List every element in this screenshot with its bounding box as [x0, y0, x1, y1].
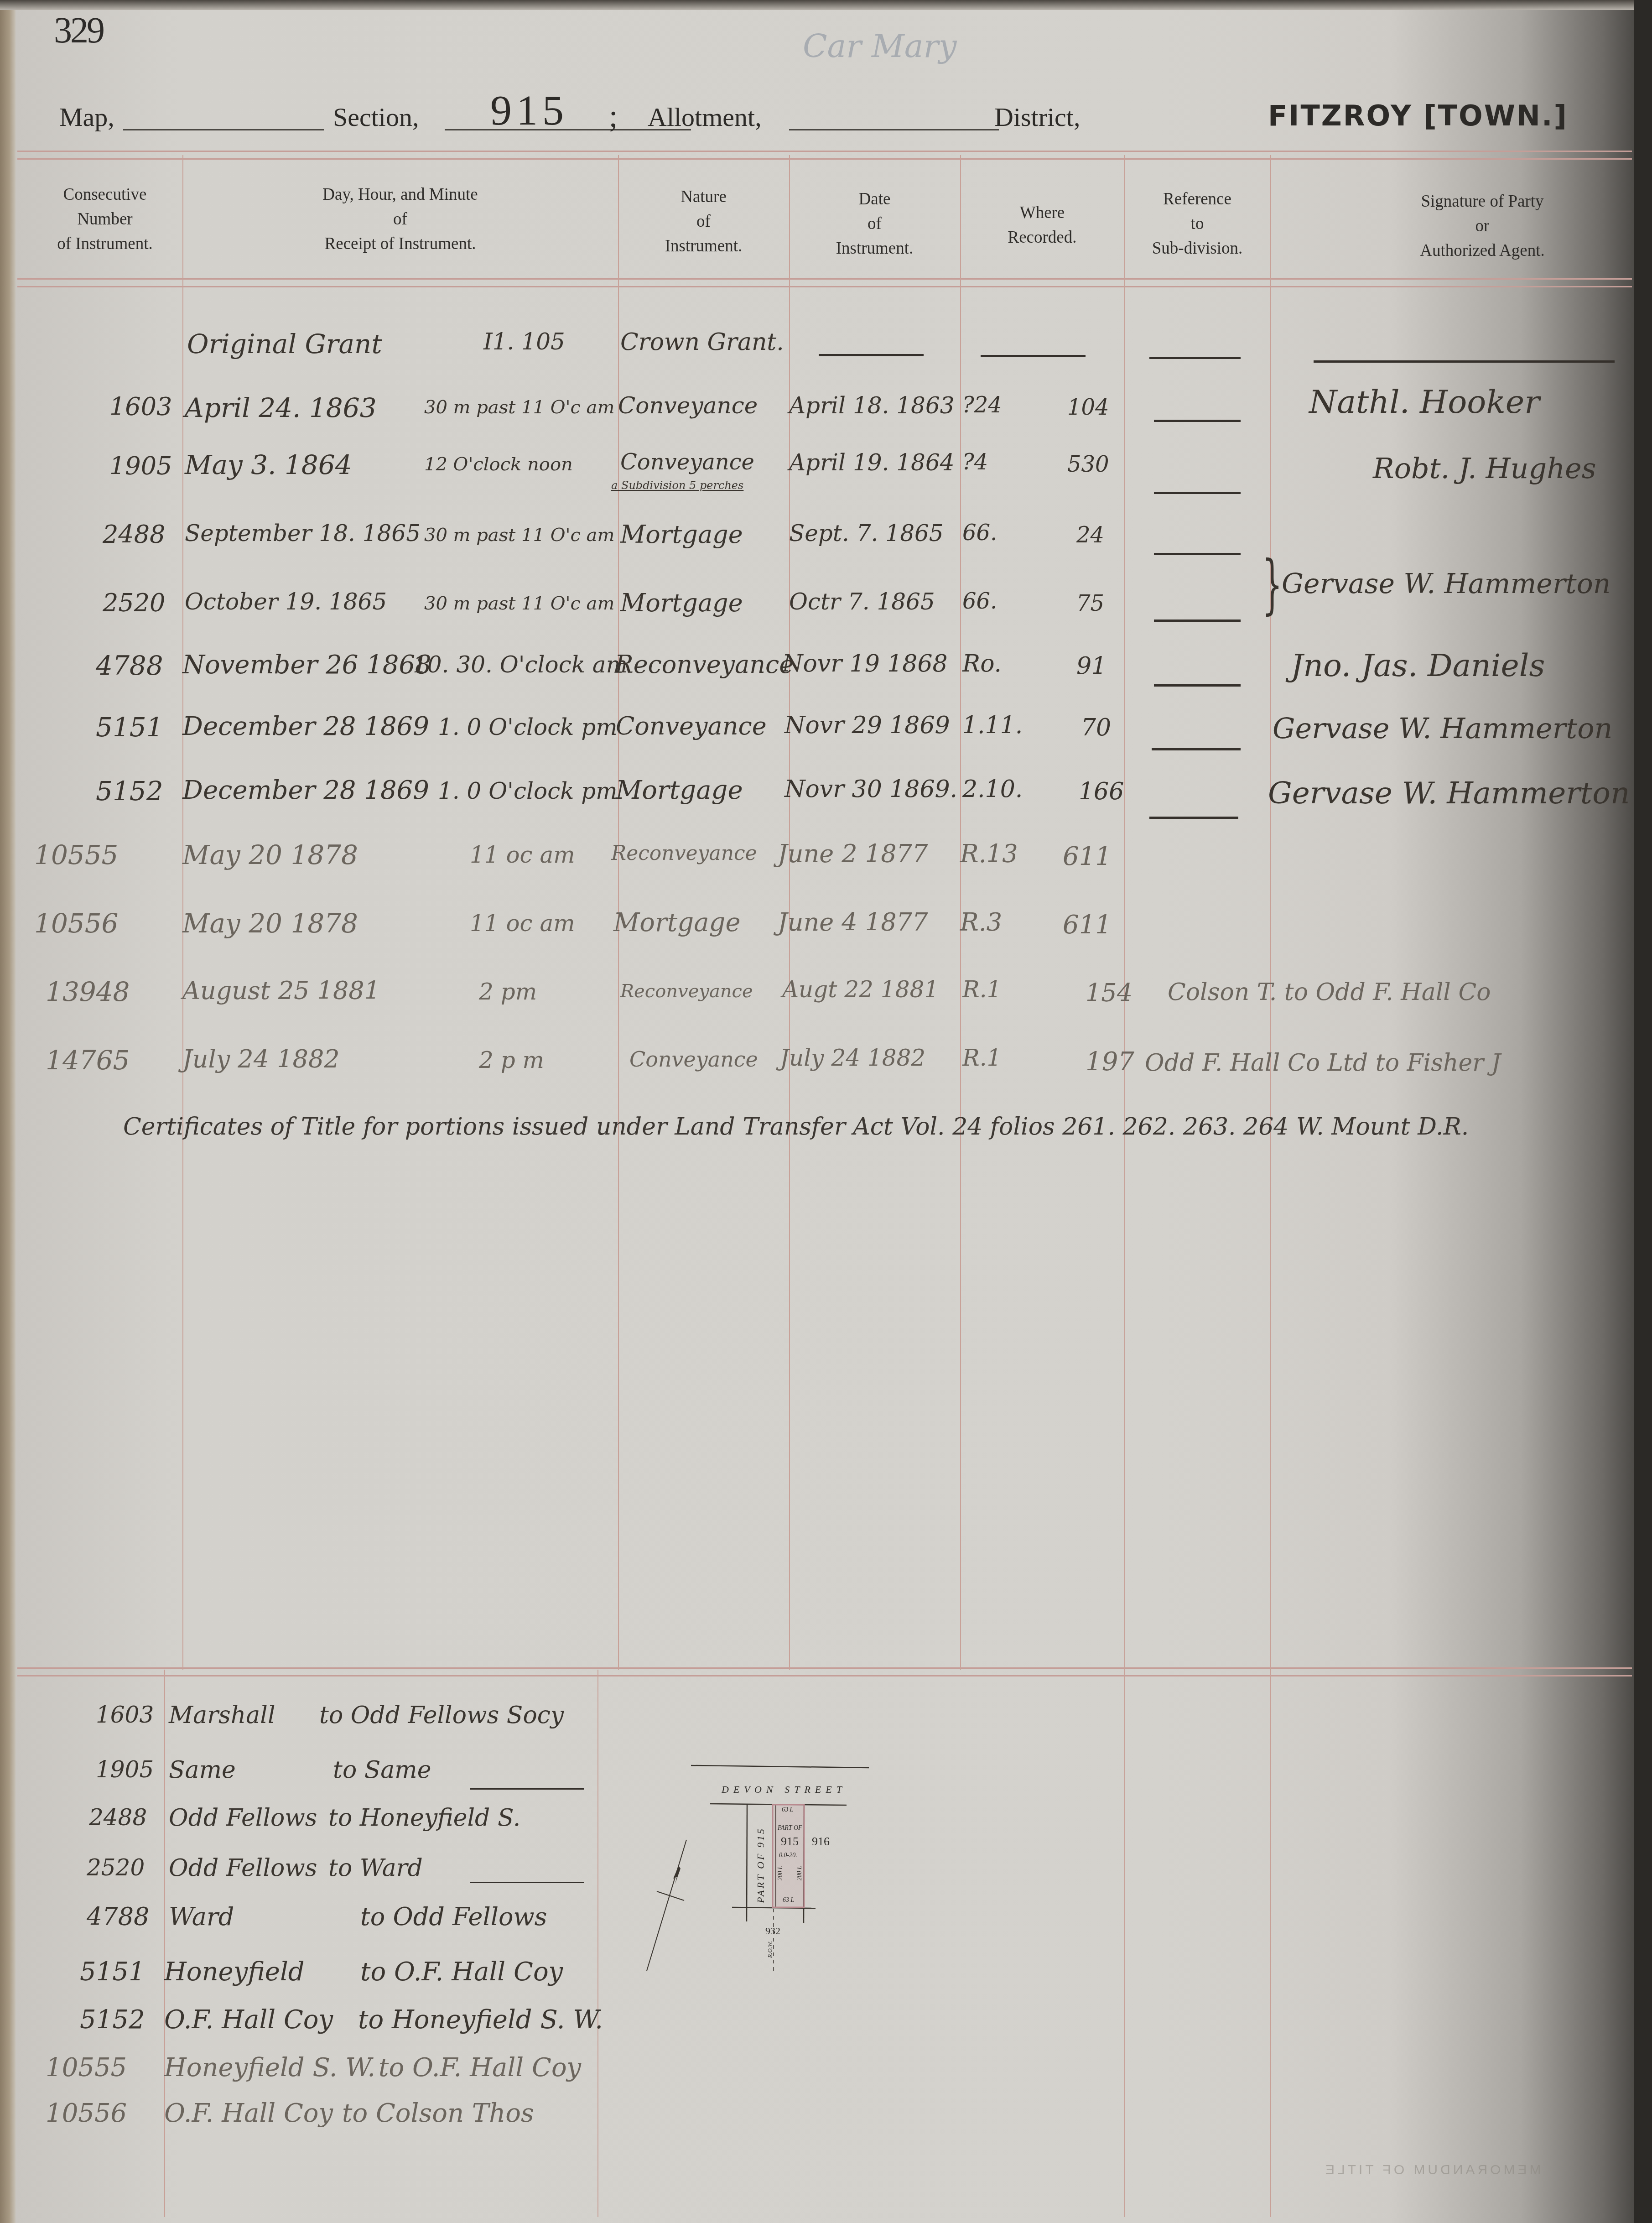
- transfer-from: Marshall: [169, 1702, 275, 1729]
- nature: Conveyance: [629, 1047, 758, 1072]
- section-suffix: ;: [609, 99, 622, 135]
- receipt-date: December 28 1869: [182, 776, 429, 805]
- where-volume: ?24: [962, 392, 1002, 418]
- instrument-date: Novr 29 1869: [784, 712, 950, 739]
- where-folio: 70: [1081, 714, 1111, 741]
- where-volume: 66.: [962, 520, 997, 546]
- where-folio: 91: [1076, 652, 1107, 680]
- where-blank-dash: [981, 355, 1086, 357]
- where-folio: 611: [1063, 910, 1112, 940]
- transfer-number: 4788: [87, 1902, 149, 1931]
- register-header: Map, Section, 915 ; Allotment, District,…: [59, 91, 1610, 141]
- instrument-date: June 2 1877: [778, 839, 928, 868]
- section-value: 915: [490, 86, 568, 135]
- transfer-to: to O.F. Hall Coy: [379, 2053, 581, 2082]
- receipt-time: 30 m past 11 O'c am: [424, 525, 614, 546]
- receipt-date: May 20 1878: [182, 908, 358, 939]
- section-label: Section,: [333, 102, 419, 132]
- map-field: [123, 129, 324, 130]
- reference-blank-dash: [1154, 492, 1241, 494]
- transfer-number: 10556: [46, 2098, 127, 2128]
- receipt-time: 1. 0 O'clock pm: [438, 714, 618, 740]
- transfer-number: 1603: [96, 1702, 154, 1728]
- lane-label: R.O.W.: [766, 1941, 774, 1958]
- instrument-number: 5151: [96, 712, 163, 743]
- transfer-number: 2488: [89, 1804, 147, 1831]
- bleed-through-stamp: MEMORANDUM OF TITLE: [1323, 2162, 1541, 2178]
- where-volume: R.3: [960, 908, 1002, 937]
- allotment-label: Allotment,: [648, 102, 762, 132]
- instrument-date: July 24 1882: [780, 1045, 925, 1071]
- header-bottom-rule: [17, 278, 1632, 287]
- allotment-field: [789, 129, 999, 130]
- transfer-from: Honeyfield: [164, 1957, 305, 1987]
- instrument-date: Octr 7. 1865: [789, 588, 935, 615]
- signature: Gervase W. Hammerton: [1268, 776, 1630, 811]
- lower-section-rule: [17, 1667, 1632, 1676]
- transfer-from: O.F. Hall Coy: [164, 2005, 333, 2035]
- nature: Conveyance: [620, 449, 754, 475]
- nature: Mortgage: [613, 908, 741, 937]
- transfer-number: 5151: [80, 1957, 145, 1987]
- col-header-nature: NatureofInstrument.: [618, 185, 789, 259]
- transfer-to: to O.F. Hall Coy: [360, 1957, 563, 1987]
- instrument-date: Sept. 7. 1865: [789, 520, 944, 547]
- blank-dash: [470, 1788, 584, 1790]
- lot-main-area: 0.0-20.: [779, 1852, 797, 1859]
- where-volume: ?4: [962, 449, 988, 475]
- instrument-date: Novr 19 1868: [782, 650, 948, 677]
- instrument-number: 1603: [109, 392, 172, 421]
- page-top-edge: [0, 0, 1652, 10]
- where-folio: 197: [1086, 1047, 1134, 1077]
- reference-blank-dash: [1154, 684, 1241, 687]
- header-top-rule: [17, 151, 1632, 160]
- instrument-number: 10555: [34, 839, 119, 870]
- receipt-date: Original Grant: [187, 328, 382, 359]
- certificate-of-title-note: Certificates of Title for portions issue…: [123, 1113, 1469, 1140]
- lot-dim-bottom: 63 L: [783, 1897, 794, 1904]
- where-folio: 75: [1076, 591, 1104, 616]
- transfer-to: to Same: [333, 1756, 431, 1784]
- col-divider-6: [1270, 155, 1271, 2217]
- receipt-time: 30 m past 11 O'c am: [424, 397, 614, 418]
- nature: Mortgage: [616, 776, 743, 805]
- instrument-number: 2520: [103, 588, 165, 617]
- pencil-annotation: Car Mary: [803, 27, 956, 65]
- lot-dim-top: 63 L: [782, 1807, 793, 1814]
- receipt-time: 2 p m: [479, 1047, 544, 1073]
- map-label: Map,: [59, 102, 114, 132]
- receipt-date: April 24. 1863: [185, 392, 377, 423]
- transfer-to: to Ward: [328, 1854, 423, 1882]
- instrument-number: 4788: [96, 650, 163, 681]
- instrument-number: 1905: [109, 452, 172, 480]
- instrument-date: June 4 1877: [778, 908, 928, 937]
- nature-note: a Subdivision 5 perches: [611, 479, 743, 492]
- col-header-receipt: Day, Hour, and MinuteofReceipt of Instru…: [182, 182, 618, 256]
- transfer-to: to Honeyfield S.: [328, 1804, 520, 1832]
- transfer-number: 10555: [46, 2053, 127, 2082]
- instrument-number: 10556: [34, 908, 119, 939]
- nature: Conveyance: [616, 712, 767, 740]
- where-volume: R.1: [962, 976, 1001, 1003]
- where-volume: Ro.: [962, 650, 1002, 677]
- receipt-time: 2 pm: [479, 979, 537, 1005]
- where-volume: R.13: [960, 839, 1018, 868]
- transfer-number: 5152: [80, 2005, 145, 2035]
- subdivision-reference: Colson T. to Odd F. Hall Co: [1168, 979, 1491, 1006]
- where-volume: 66.: [962, 588, 997, 614]
- transfer-to: to Odd Fellows: [360, 1902, 547, 1931]
- nature: Mortgage: [620, 520, 743, 549]
- nature: Conveyance: [618, 392, 758, 419]
- instrument-number: 5152: [96, 776, 163, 807]
- district-label: District,: [994, 102, 1080, 132]
- receipt-date: September 18. 1865: [185, 520, 421, 547]
- transfer-to: to Colson Thos: [342, 2098, 534, 2128]
- lot-dim-right: 200 L: [796, 1866, 804, 1880]
- instrument-date: April 19. 1864: [789, 449, 955, 476]
- lot-left-label: PART OF 915: [755, 1827, 767, 1903]
- instrument-number: 14765: [46, 1045, 130, 1076]
- where-folio: 611: [1063, 842, 1112, 871]
- instrument-number: 2488: [103, 520, 165, 549]
- blank-dash: [470, 1882, 584, 1883]
- transfer-from: O.F. Hall Coy: [164, 2098, 333, 2128]
- nature: Reconveyance: [611, 842, 757, 865]
- instrument-number: 13948: [46, 976, 130, 1007]
- receipt-time: 12 O'clock noon: [424, 454, 573, 475]
- receipt-date: July 24 1882: [182, 1045, 340, 1073]
- nature: Crown Grant.: [620, 328, 784, 356]
- nature: Reconveyance: [620, 981, 753, 1002]
- receipt-time: 30 m past 11 O'c am: [424, 593, 614, 614]
- reference-blank-dash: [1154, 420, 1241, 422]
- date-blank-dash: [819, 354, 924, 356]
- reference-blank-dash: [1154, 620, 1241, 622]
- receipt-date: December 28 1869: [182, 712, 429, 741]
- transfer-number: 1905: [96, 1756, 154, 1783]
- page-gutter-shadow: [1634, 0, 1652, 2223]
- where-folio: 24: [1076, 522, 1104, 548]
- transfer-to: to Honeyfield S. W.: [358, 2005, 603, 2035]
- receipt-time: 11 oc am: [470, 842, 575, 868]
- transfer-from: Odd Fellows: [169, 1854, 317, 1882]
- instrument-date: Novr 30 1869.: [784, 776, 957, 803]
- receipt-time: I1. 105: [483, 328, 565, 355]
- subdivision-reference: Odd F. Hall Co Ltd to Fisher J: [1145, 1049, 1501, 1077]
- reference-blank-dash: [1149, 357, 1241, 359]
- where-volume: 2.10.: [962, 776, 1023, 803]
- col-header-signature: Signature of PartyorAuthorized Agent.: [1368, 189, 1596, 263]
- col-header-number: ConsecutiveNumberof Instrument.: [27, 182, 182, 256]
- page-number: 329: [54, 10, 103, 52]
- north-arrow-icon: [666, 1861, 666, 1862]
- receipt-time: 11 oc am: [470, 910, 575, 937]
- receipt-date: May 3. 1864: [185, 449, 352, 480]
- where-volume: R.1: [962, 1045, 1001, 1071]
- instrument-date: April 18. 1863: [789, 392, 955, 419]
- transfer-number: 2520: [87, 1854, 145, 1881]
- signature: Nathl. Hooker: [1309, 383, 1540, 421]
- nature: Reconveyance: [615, 650, 794, 679]
- where-volume: 1.11.: [962, 712, 1023, 739]
- receipt-date: November 26 1868: [182, 650, 431, 680]
- lot-main-number: 915: [781, 1835, 799, 1848]
- lot-main-label: PART OF: [778, 1825, 802, 1832]
- transfer-to: to Odd Fellows Socy: [319, 1702, 564, 1729]
- transfer-from: Ward: [169, 1902, 234, 1931]
- street-label: DEVON STREET: [722, 1784, 847, 1796]
- col-header-date: DateofInstrument.: [789, 187, 960, 261]
- reference-blank-dash: [1154, 553, 1241, 555]
- receipt-date: May 20 1878: [182, 839, 358, 870]
- receipt-time: 10. 30. O'clock am: [413, 651, 628, 678]
- where-folio: 104: [1067, 395, 1109, 420]
- where-folio: 154: [1086, 979, 1133, 1007]
- reference-blank-dash: [1149, 817, 1238, 819]
- transfer-from: Odd Fellows: [169, 1804, 317, 1832]
- signature: Jno. Jas. Daniels: [1291, 648, 1545, 684]
- book-binding: [0, 0, 16, 2223]
- where-folio: 530: [1067, 452, 1109, 477]
- instrument-date: Augt 22 1881: [782, 976, 939, 1003]
- district-value: FITZROY [TOWN.]: [1268, 99, 1568, 132]
- signature-blank-dash: [1314, 360, 1615, 363]
- col-header-where: WhereRecorded.: [960, 201, 1124, 250]
- reference-blank-dash: [1152, 748, 1241, 750]
- lot-below-number: 932: [765, 1925, 780, 1937]
- receipt-time: 1. 0 O'clock pm: [438, 778, 618, 804]
- nature: Mortgage: [620, 588, 743, 617]
- lot-right-number: 916: [812, 1835, 830, 1848]
- lot-dim-left: 200 L: [777, 1866, 784, 1880]
- where-folio: 166: [1079, 778, 1124, 805]
- signature: Robt. J. Hughes: [1373, 452, 1596, 485]
- transfer-from: Honeyfield S. W.: [164, 2053, 375, 2082]
- col-divider-5: [1124, 155, 1125, 2217]
- sketch-plan: DEVON STREET PART OF 915 63 L PART OF 91…: [639, 1734, 1003, 2053]
- col-divider-1-lower: [164, 1670, 165, 2217]
- sketch-lines: [639, 1734, 1003, 2053]
- transfer-from: Same: [169, 1756, 236, 1784]
- signature: Gervase W. Hammerton: [1273, 712, 1612, 745]
- signature: Gervase W. Hammerton: [1282, 568, 1610, 600]
- brace-icon: }: [1262, 547, 1283, 622]
- col-divider-2-lower: [597, 1670, 598, 2217]
- receipt-date: August 25 1881: [182, 976, 380, 1005]
- receipt-date: October 19. 1865: [185, 588, 387, 615]
- col-header-reference: ReferencetoSub-division.: [1124, 187, 1270, 261]
